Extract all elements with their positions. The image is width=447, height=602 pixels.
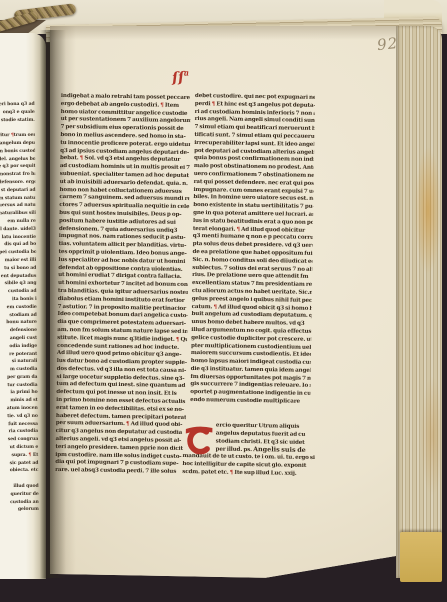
text-line: ut dictum e [1,444,38,452]
text-line: angeli cust [0,335,37,343]
text-column-left: indigebat a malo retrahi tam posset pecc… [55,93,191,477]
text-line: m bonis custod [0,148,35,156]
text-line: obiecta. etc [1,467,38,475]
main-page: 92 ſſa indigebat a malo retrahi tam poss… [50,26,398,580]
section-indented-lines: ercio queritur Utrum aliquisangelus depu… [216,423,316,456]
text-line: l dante. uidel3 [0,226,36,234]
text-line: atum inocen [1,405,38,413]
text-line: supra. ¶ Et [1,452,38,460]
text-column-right: debet custodire. qui nec pot expugnari n… [190,93,315,407]
text-line: endo numerum custodie multiplicare [190,397,310,407]
tercio-section: ercio queritur Utrum aliquisangelus depu… [182,422,316,479]
text-line: tu si bono ad [0,265,36,273]
page-top-shadow [50,26,398,40]
rubric-header-mark: ſſa [171,67,189,86]
gutter-shadow [40,30,66,578]
text-line: stodie statim. [0,116,35,124]
text-line: eri bona q3 ad [0,101,35,109]
text-line: angelum depu [0,140,35,148]
lombardic-initial-T [182,423,213,454]
text-line: em nulla re [0,218,36,226]
header-mark-superscript: a [183,67,189,77]
section-full-lines: mandauit de te ut custo. te i om. ui. tu… [182,453,315,478]
text-line: illud quod [2,483,39,491]
text-line: ita bonis i [0,296,37,304]
text-line: st deputari ad [0,187,36,195]
book-photograph: eri bona q3 adonq3 e qualestodie statim.… [0,0,447,602]
text-line: queritur de [2,491,39,499]
facing-page-text: eri bona q3 adonq3 e qualestodie statim.… [0,101,39,571]
text-line: onq3 e quale [0,109,35,117]
fore-edge-stain [410,134,440,304]
bottom-edge-cover [400,532,442,582]
fore-edge-stain-lower [414,356,440,516]
text-line: per gram da [0,374,37,382]
text-line: tie. vd q3 no [1,413,38,421]
text-line: em custodie [0,304,37,312]
text-line: maior est illi [0,257,36,265]
fore-edge-page-stack [396,26,442,578]
text-line: gelorum [2,506,39,514]
text-line: defensore. ergo [0,179,35,187]
text-line: scdm. patet etc. ¶ Ite sup illud Luc. xx… [182,469,315,479]
text-line: odia indige [0,343,37,351]
